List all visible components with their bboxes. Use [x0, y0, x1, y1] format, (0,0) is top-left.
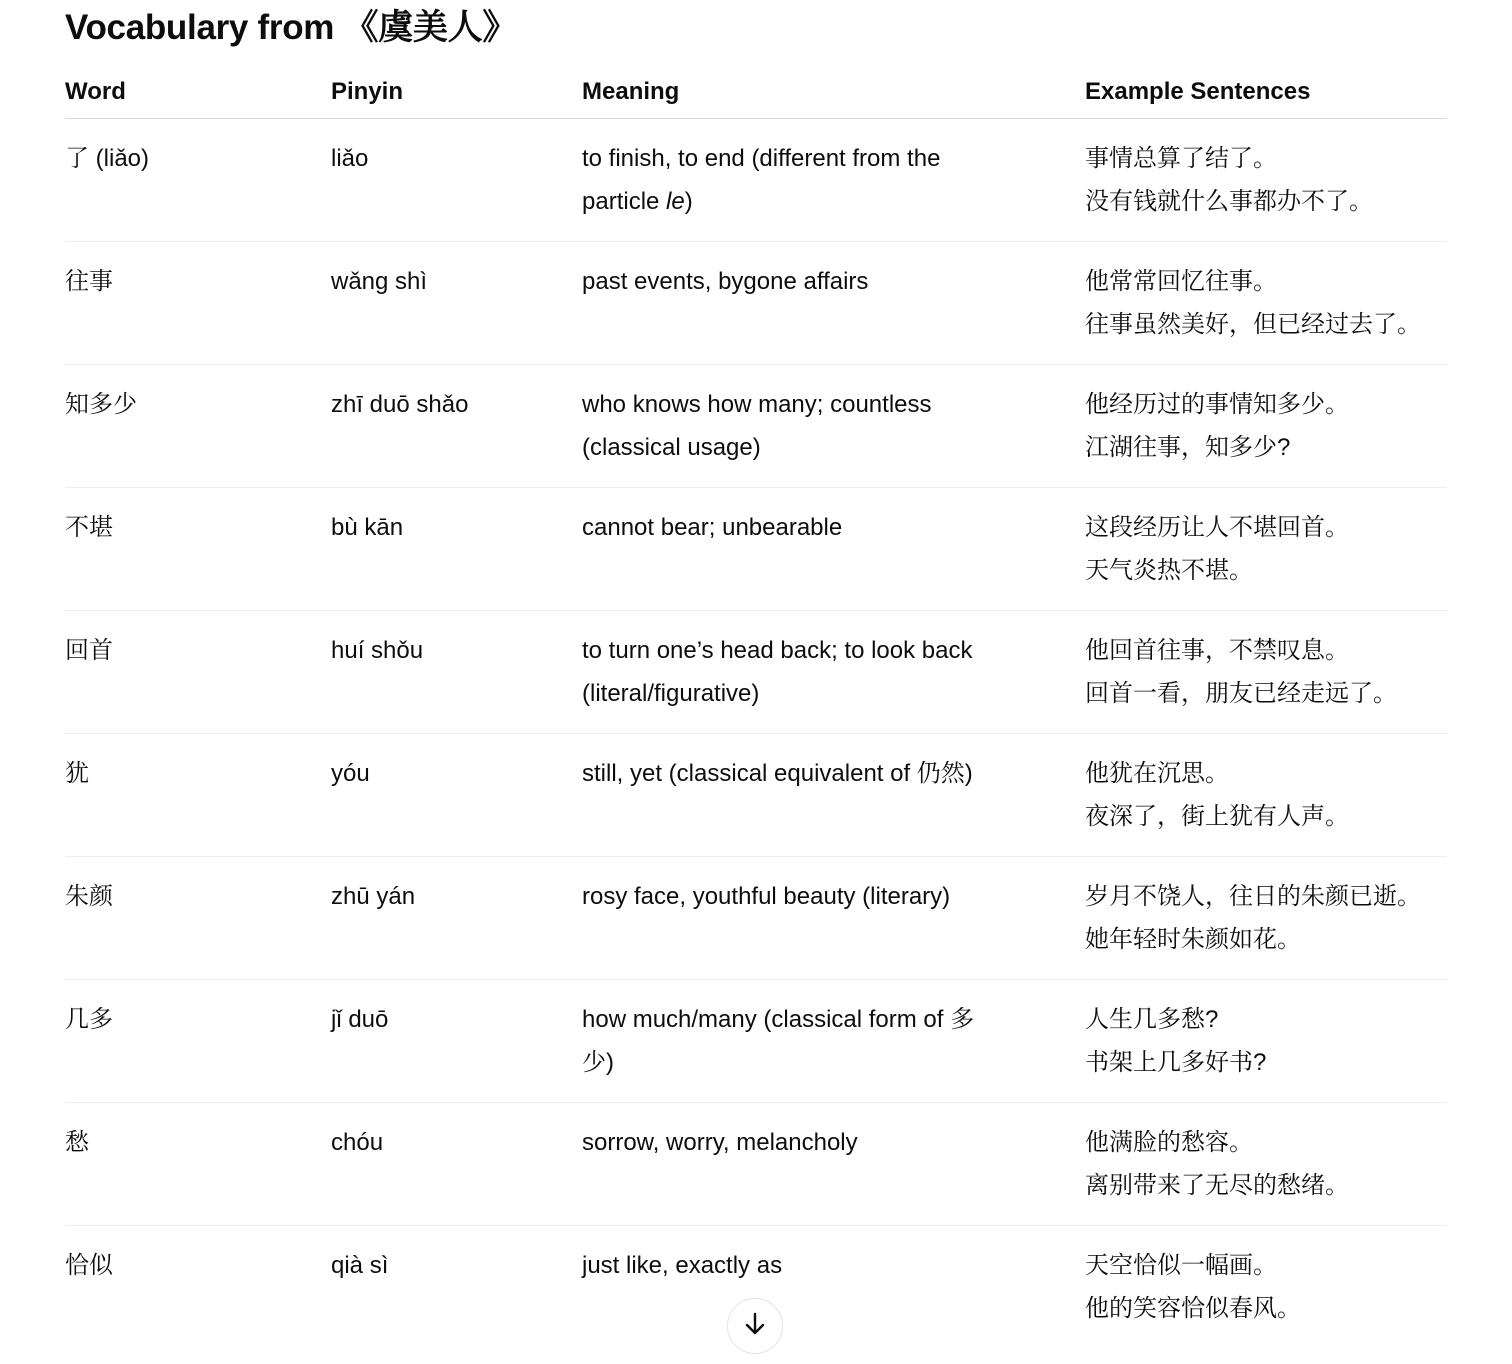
table-row: 朱颜 zhū yán rosy face, youthful beauty (l…: [65, 857, 1447, 980]
examples-cell: 天空恰似一幅画。 他的笑容恰似春风。: [1085, 1244, 1447, 1349]
meaning-line: who knows how many; countless: [582, 383, 1069, 426]
meaning-cell: to finish, to end (different from the pa…: [582, 137, 1085, 241]
example-sentence: 她年轻时朱颜如花。: [1085, 918, 1447, 961]
examples-cell: 他经历过的事情知多少。 江湖往事，知多少?: [1085, 383, 1447, 487]
example-sentence: 天气炎热不堪。: [1085, 549, 1447, 592]
pinyin-cell: liǎo: [331, 137, 582, 241]
word-cell: 愁: [65, 1121, 331, 1225]
meaning-line: to finish, to end (different from the: [582, 137, 1069, 180]
table-row: 不堪 bù kān cannot bear; unbearable 这段经历让人…: [65, 488, 1447, 611]
example-sentence: 岁月不饶人，往日的朱颜已逝。: [1085, 875, 1447, 918]
meaning-cell: to turn one’s head back; to look back (l…: [582, 629, 1085, 733]
pinyin-cell: zhī duō shǎo: [331, 383, 582, 487]
page-title: Vocabulary from 《虞美人》: [65, 4, 517, 52]
meaning-line: particle le): [582, 180, 1069, 223]
meaning-line: (classical usage): [582, 426, 1069, 469]
meaning-line: rosy face, youthful beauty (literary): [582, 875, 1069, 918]
pinyin-cell: qià sì: [331, 1244, 582, 1349]
meaning-cell: sorrow, worry, melancholy: [582, 1121, 1085, 1225]
word-cell: 知多少: [65, 383, 331, 487]
example-sentence: 他常常回忆往事。: [1085, 260, 1447, 303]
table-row: 回首 huí shǒu to turn one’s head back; to …: [65, 611, 1447, 734]
example-sentence: 往事虽然美好，但已经过去了。: [1085, 303, 1447, 346]
table-row: 了 (liǎo) liǎo to finish, to end (differe…: [65, 119, 1447, 242]
word-cell: 朱颜: [65, 875, 331, 979]
example-sentence: 他满脸的愁容。: [1085, 1121, 1447, 1164]
example-sentence: 这段经历让人不堪回首。: [1085, 506, 1447, 549]
arrow-down-icon: [741, 1310, 769, 1343]
meaning-line: just like, exactly as: [582, 1244, 1069, 1287]
example-sentence: 没有钱就什么事都办不了。: [1085, 180, 1447, 223]
examples-cell: 他犹在沉思。 夜深了，街上犹有人声。: [1085, 752, 1447, 856]
pinyin-cell: wǎng shì: [331, 260, 582, 364]
word-cell: 几多: [65, 998, 331, 1102]
meaning-line: cannot bear; unbearable: [582, 506, 1069, 549]
vocabulary-table: Word Pinyin Meaning Example Sentences 了 …: [65, 64, 1447, 1349]
example-sentence: 事情总算了结了。: [1085, 137, 1447, 180]
meaning-line: 少): [582, 1041, 1069, 1084]
meaning-line: how much/many (classical form of 多: [582, 998, 1069, 1041]
meaning-line: sorrow, worry, melancholy: [582, 1121, 1069, 1164]
meaning-cell: who knows how many; countless (classical…: [582, 383, 1085, 487]
table-row: 几多 jǐ duō how much/many (classical form …: [65, 980, 1447, 1103]
example-sentence: 他的笑容恰似春风。: [1085, 1287, 1447, 1330]
pinyin-cell: chóu: [331, 1121, 582, 1225]
column-header-meaning: Meaning: [582, 70, 1085, 113]
examples-cell: 岁月不饶人，往日的朱颜已逝。 她年轻时朱颜如花。: [1085, 875, 1447, 979]
meaning-cell: just like, exactly as: [582, 1244, 1085, 1349]
table-row: 往事 wǎng shì past events, bygone affairs …: [65, 242, 1447, 365]
pinyin-cell: jǐ duō: [331, 998, 582, 1102]
table-row: 知多少 zhī duō shǎo who knows how many; cou…: [65, 365, 1447, 488]
column-header-examples: Example Sentences: [1085, 70, 1447, 113]
table-header-row: Word Pinyin Meaning Example Sentences: [65, 64, 1447, 119]
word-cell: 往事: [65, 260, 331, 364]
example-sentence: 他经历过的事情知多少。: [1085, 383, 1447, 426]
meaning-line: to turn one’s head back; to look back: [582, 629, 1069, 672]
meaning-line: still, yet (classical equivalent of 仍然): [582, 752, 1069, 795]
example-sentence: 离别带来了无尽的愁绪。: [1085, 1164, 1447, 1207]
example-sentence: 他回首往事，不禁叹息。: [1085, 629, 1447, 672]
examples-cell: 人生几多愁? 书架上几多好书?: [1085, 998, 1447, 1102]
examples-cell: 他满脸的愁容。 离别带来了无尽的愁绪。: [1085, 1121, 1447, 1225]
example-sentence: 人生几多愁?: [1085, 998, 1447, 1041]
examples-cell: 他常常回忆往事。 往事虽然美好，但已经过去了。: [1085, 260, 1447, 364]
scroll-to-bottom-button[interactable]: [727, 1298, 783, 1354]
pinyin-cell: bù kān: [331, 506, 582, 610]
column-header-pinyin: Pinyin: [331, 70, 582, 113]
word-cell: 恰似: [65, 1244, 331, 1349]
meaning-emphasis: le: [666, 188, 685, 215]
examples-cell: 这段经历让人不堪回首。 天气炎热不堪。: [1085, 506, 1447, 610]
pinyin-cell: yóu: [331, 752, 582, 856]
column-header-word: Word: [65, 70, 331, 113]
meaning-cell: rosy face, youthful beauty (literary): [582, 875, 1085, 979]
word-cell: 不堪: [65, 506, 331, 610]
example-sentence: 天空恰似一幅画。: [1085, 1244, 1447, 1287]
examples-cell: 他回首往事，不禁叹息。 回首一看，朋友已经走远了。: [1085, 629, 1447, 733]
example-sentence: 书架上几多好书?: [1085, 1041, 1447, 1084]
meaning-cell: still, yet (classical equivalent of 仍然): [582, 752, 1085, 856]
word-cell: 犹: [65, 752, 331, 856]
word-cell: 回首: [65, 629, 331, 733]
pinyin-cell: huí shǒu: [331, 629, 582, 733]
examples-cell: 事情总算了结了。 没有钱就什么事都办不了。: [1085, 137, 1447, 241]
example-sentence: 他犹在沉思。: [1085, 752, 1447, 795]
table-row: 愁 chóu sorrow, worry, melancholy 他满脸的愁容。…: [65, 1103, 1447, 1226]
meaning-cell: past events, bygone affairs: [582, 260, 1085, 364]
meaning-text: particle: [582, 188, 666, 215]
meaning-line: (literal/figurative): [582, 672, 1069, 715]
meaning-line: past events, bygone affairs: [582, 260, 1069, 303]
example-sentence: 江湖往事，知多少?: [1085, 426, 1447, 469]
example-sentence: 回首一看，朋友已经走远了。: [1085, 672, 1447, 715]
word-cell: 了 (liǎo): [65, 137, 331, 241]
meaning-cell: how much/many (classical form of 多 少): [582, 998, 1085, 1102]
table-row: 犹 yóu still, yet (classical equivalent o…: [65, 734, 1447, 857]
meaning-text: ): [685, 188, 693, 215]
example-sentence: 夜深了，街上犹有人声。: [1085, 795, 1447, 838]
pinyin-cell: zhū yán: [331, 875, 582, 979]
meaning-cell: cannot bear; unbearable: [582, 506, 1085, 610]
